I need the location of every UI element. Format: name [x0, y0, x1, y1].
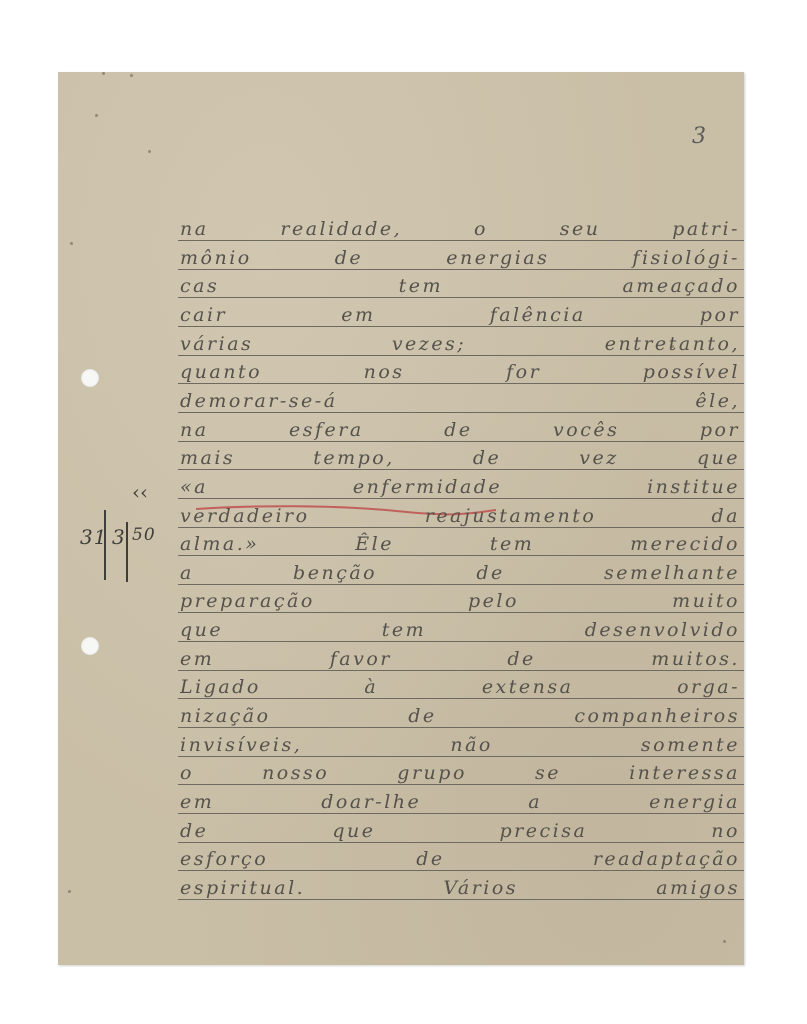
ruled-line	[178, 899, 744, 900]
handwritten-word: readaptação	[593, 848, 740, 870]
ruled-line	[178, 784, 744, 785]
handwritten-word: mais	[180, 447, 235, 469]
handwritten-line: naesferadevocêspor	[180, 417, 740, 441]
handwritten-word: vezes;	[392, 333, 466, 355]
paper-speck	[70, 242, 73, 245]
handwritten-word: de	[507, 648, 535, 670]
ruled-line	[178, 870, 744, 871]
handwritten-word: pelo	[468, 590, 519, 612]
handwritten-word: verdadeiro	[180, 505, 310, 527]
handwritten-word: em	[180, 791, 214, 813]
handwritten-word: por	[700, 419, 740, 441]
handwritten-word: extensa	[482, 676, 574, 698]
handwritten-word: merecido	[630, 533, 740, 555]
handwritten-word: enfermidade	[353, 476, 502, 498]
ruled-line	[178, 842, 744, 843]
ruled-line	[178, 612, 744, 613]
handwritten-word: não	[450, 734, 493, 756]
margin-date-month: 3	[112, 525, 126, 549]
handwritten-word: quanto	[180, 361, 262, 383]
ruled-line	[178, 584, 744, 585]
handwritten-word: companheiros	[574, 705, 740, 727]
handwritten-word: se	[535, 762, 561, 784]
handwritten-word: de	[335, 247, 363, 269]
handwritten-word: energia	[649, 791, 740, 813]
handwritten-word: for	[506, 361, 541, 383]
ruled-line	[178, 727, 744, 728]
handwritten-word: Ligado	[180, 676, 261, 698]
handwritten-word: preparação	[180, 590, 315, 612]
handwritten-line: demorar-se-áêle,	[180, 388, 740, 412]
handwritten-word: mônio	[180, 247, 252, 269]
ruled-line	[178, 813, 744, 814]
handwritten-word: esfera	[289, 419, 364, 441]
handwritten-word: em	[180, 648, 214, 670]
handwritten-word: precisa	[500, 820, 588, 842]
handwritten-word: de	[473, 447, 501, 469]
handwritten-word: a	[180, 562, 194, 584]
handwritten-word: interessa	[629, 762, 740, 784]
handwritten-word: que	[332, 820, 375, 842]
handwritten-word: à	[364, 676, 378, 698]
handwritten-word: nosso	[262, 762, 329, 784]
handwritten-word: alma.»	[180, 533, 259, 555]
paper-speck	[102, 72, 105, 75]
handwritten-word: somente	[641, 734, 740, 756]
handwritten-word: ameaçado	[622, 275, 740, 297]
handwritten-word: na	[180, 419, 209, 441]
ruled-line	[178, 297, 744, 298]
handwritten-word: tem	[382, 619, 426, 641]
date-divider	[126, 522, 128, 582]
ruled-line	[178, 383, 744, 384]
paper-speck	[148, 150, 151, 153]
handwritten-word: muito	[672, 590, 740, 612]
date-divider	[104, 510, 106, 580]
handwritten-line: espiritual.Váriosamigos	[180, 875, 740, 899]
handwritten-word: muitos.	[651, 648, 740, 670]
handwritten-word: grupo	[397, 762, 467, 784]
handwritten-word: energias	[446, 247, 549, 269]
handwritten-word: amigos	[656, 877, 740, 899]
ruled-line	[178, 441, 744, 442]
handwritten-word: várias	[180, 333, 253, 355]
open-quote-mark: ‹‹	[132, 480, 148, 504]
handwritten-line: abençãodesemelhante	[180, 560, 740, 584]
handwritten-word: nos	[364, 361, 405, 383]
handwritten-word: seu	[560, 218, 601, 240]
handwritten-line: verdadeiroreajustamentoda	[180, 503, 740, 527]
handwritten-word: realidade,	[280, 218, 402, 240]
punch-hole-top	[81, 369, 99, 387]
handwritten-word: da	[711, 505, 740, 527]
handwritten-word: vez	[579, 447, 619, 469]
paper-speck	[723, 940, 726, 943]
handwritten-word: fisiológi-	[632, 247, 740, 269]
handwritten-word: de	[476, 562, 504, 584]
ruled-line	[178, 326, 744, 327]
ruled-line	[178, 412, 744, 413]
handwritten-line: castemameaçado	[180, 273, 740, 297]
ruled-line	[178, 698, 744, 699]
punch-hole-bottom	[81, 637, 99, 655]
paper-speck	[95, 114, 98, 117]
handwritten-word: reajustamento	[425, 505, 597, 527]
handwritten-line: nizaçãodecompanheiros	[180, 703, 740, 727]
handwritten-word: patri-	[672, 218, 740, 240]
handwritten-line: dequeprecisano	[180, 818, 740, 842]
ruled-line	[178, 469, 744, 470]
margin-date-year: 50	[132, 525, 156, 545]
handwritten-line: esforçodereadaptação	[180, 846, 740, 870]
handwritten-word: «a	[180, 476, 208, 498]
handwritten-word: a	[528, 791, 542, 813]
handwritten-line: alma.»Êletemmerecido	[180, 531, 740, 555]
ruled-line	[178, 355, 744, 356]
handwritten-word: semelhante	[604, 562, 740, 584]
handwritten-line: onossogruposeinteressa	[180, 760, 740, 784]
handwritten-word: falência	[490, 304, 586, 326]
handwritten-word: o	[180, 762, 194, 784]
ruled-line	[178, 670, 744, 671]
handwritten-word: Êle	[355, 533, 394, 555]
handwritten-word: por	[700, 304, 740, 326]
handwritten-word: espiritual.	[180, 877, 305, 899]
handwritten-word: que	[697, 447, 740, 469]
handwritten-word: cas	[180, 275, 219, 297]
handwritten-line: môniodeenergiasfisiológi-	[180, 245, 740, 269]
handwritten-line: quetemdesenvolvido	[180, 617, 740, 641]
handwritten-word: institue	[647, 476, 740, 498]
handwritten-word: de	[416, 848, 444, 870]
ruled-line	[178, 641, 744, 642]
margin-date-month-wrap: 3	[112, 525, 126, 549]
ruled-line	[178, 527, 744, 528]
handwritten-word: vocês	[553, 419, 619, 441]
handwritten-word: invisíveis,	[180, 734, 302, 756]
handwritten-word: demorar-se-á	[180, 390, 338, 412]
ruled-line	[178, 555, 744, 556]
handwritten-word: de	[180, 820, 208, 842]
handwritten-word: de	[444, 419, 472, 441]
handwritten-line: Ligadoàextensaorga-	[180, 674, 740, 698]
handwritten-word: favor	[330, 648, 392, 670]
handwritten-word: orga-	[677, 676, 740, 698]
handwritten-word: esforço	[180, 848, 268, 870]
paper-speck	[68, 890, 71, 893]
handwritten-word: o	[474, 218, 488, 240]
handwritten-line: invisíveis,nãosomente	[180, 732, 740, 756]
handwritten-word: possível	[643, 361, 740, 383]
handwritten-word: que	[180, 619, 223, 641]
handwritten-line: maistempo,devezque	[180, 445, 740, 469]
handwritten-line: «aenfermidadeinstitue	[180, 474, 740, 498]
handwritten-word: tempo,	[313, 447, 395, 469]
handwritten-line: narealidade,oseupatri-	[180, 216, 740, 240]
manuscript-page: 3 31 3 50 ‹‹ narealidade,oseupatri-mônio…	[58, 72, 744, 965]
handwritten-word: nização	[180, 705, 271, 727]
ruled-line	[178, 240, 744, 241]
handwritten-word: na	[180, 218, 209, 240]
handwritten-line: quantonosforpossível	[180, 359, 740, 383]
handwritten-word: Vários	[443, 877, 518, 899]
handwritten-line: emdoar-lheaenergia	[180, 789, 740, 813]
page-number: 3	[692, 124, 706, 149]
handwritten-word: entretanto,	[605, 333, 740, 355]
ruled-line	[178, 498, 744, 499]
margin-date-year-wrap: 50	[132, 525, 156, 545]
ruled-line	[178, 756, 744, 757]
handwritten-word: em	[341, 304, 375, 326]
handwritten-word: desenvolvido	[585, 619, 740, 641]
handwritten-line: cairemfalênciapor	[180, 302, 740, 326]
handwritten-word: de	[408, 705, 436, 727]
handwritten-line: váriasvezes;entretanto,	[180, 331, 740, 355]
handwritten-word: doar-lhe	[321, 791, 421, 813]
ruled-line	[178, 269, 744, 270]
handwritten-word: benção	[293, 562, 377, 584]
handwritten-word: no	[711, 820, 740, 842]
handwritten-word: êle,	[695, 390, 740, 412]
paper-speck	[130, 74, 133, 77]
handwritten-word: tem	[399, 275, 443, 297]
handwritten-word: tem	[490, 533, 534, 555]
handwritten-line: emfavordemuitos.	[180, 646, 740, 670]
handwritten-line: preparaçãopelomuito	[180, 588, 740, 612]
handwritten-word: cair	[180, 304, 227, 326]
